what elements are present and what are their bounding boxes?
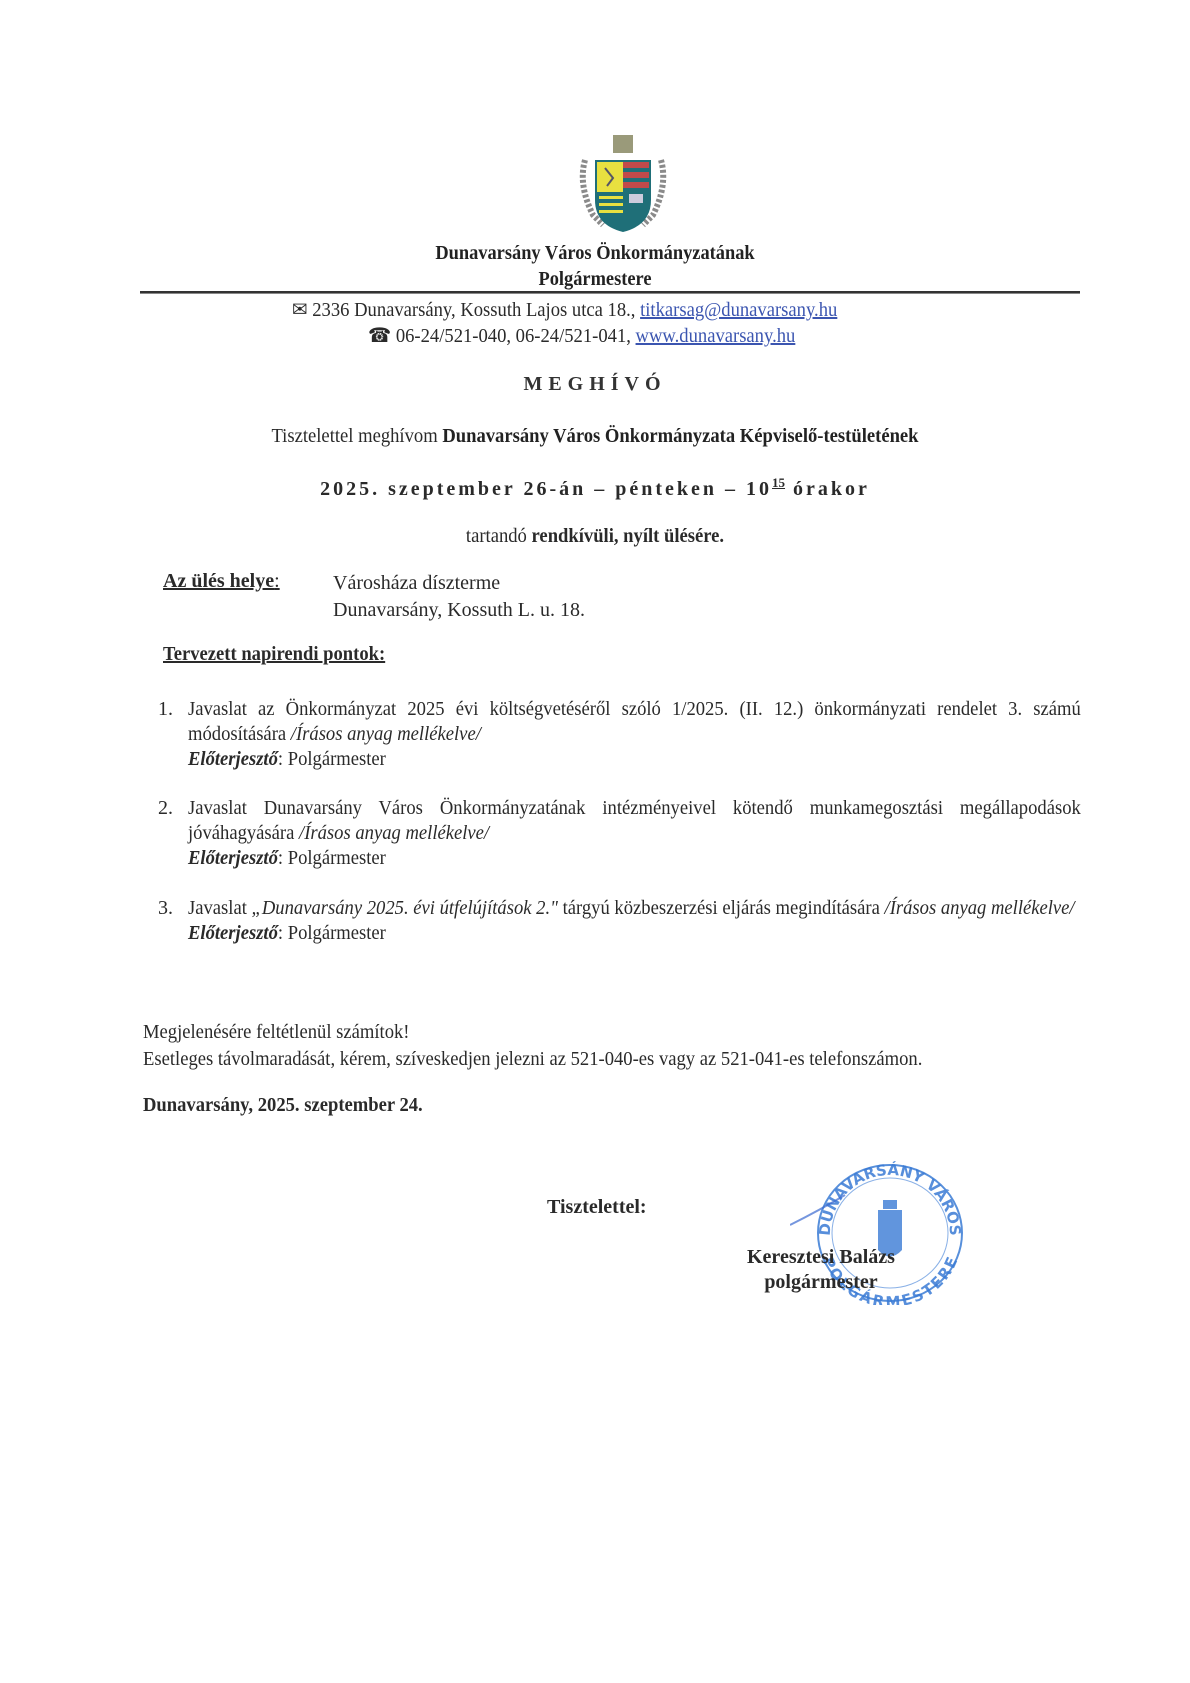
agenda-item-text: Javaslat az Önkormányzat 2025 évi költsé…	[188, 697, 1081, 747]
header-divider	[140, 291, 1080, 294]
invitation-intro: Tisztelettel meghívom Dunavarsány Város …	[42, 425, 1149, 448]
meeting-type-prefix: tartandó	[466, 525, 527, 547]
agenda-item: 1. Javaslat az Önkormányzat 2025 évi köl…	[158, 697, 1058, 772]
phone-line: ☎ 06-24/521-040, 06-24/521-041, www.duna…	[368, 323, 795, 348]
envelope-icon: ✉	[292, 299, 308, 321]
address-line: ✉ 2336 Dunavarsány, Kossuth Lajos utca 1…	[292, 297, 837, 322]
municipal-coat-of-arms-icon	[573, 130, 673, 240]
meeting-time-suffix: órakor	[793, 478, 870, 500]
website-link[interactable]: www.dunavarsany.hu	[636, 325, 796, 347]
document-title: MEGHÍVÓ	[0, 373, 1190, 396]
closing-line-1: Megjelenésére feltétlenül számítok!	[143, 1019, 922, 1046]
phone-numbers: 06-24/521-040, 06-24/521-041,	[396, 325, 631, 347]
organization-name: Dunavarsány Város Önkormányzatának	[48, 242, 1143, 265]
agenda-item-presenter: Előterjesztő: Polgármester	[188, 846, 1081, 871]
signer-role: polgármester	[747, 1270, 895, 1295]
venue-value: Városháza díszterme Dunavarsány, Kossuth…	[333, 570, 585, 624]
agenda-item-text: Javaslat „Dunavarsány 2025. évi útfelújí…	[188, 896, 1081, 921]
organization-role: Polgármestere	[48, 268, 1143, 291]
closing-line-2: Esetleges távolmaradását, kérem, szívesk…	[143, 1046, 922, 1073]
venue-line-1: Városháza díszterme	[333, 570, 585, 597]
email-link[interactable]: titkarsag@dunavarsany.hu	[640, 299, 837, 321]
agenda-item: 3. Javaslat „Dunavarsány 2025. évi útfel…	[158, 896, 1058, 946]
place-and-date: Dunavarsány, 2025. szeptember 24.	[143, 1094, 423, 1117]
venue-label: Az ülés helye:	[163, 570, 280, 593]
signer-block: Keresztesi Balázs polgármester	[747, 1245, 895, 1295]
meeting-date: 2025. szeptember 26-án – pénteken – 10	[320, 478, 772, 500]
meeting-type: tartandó rendkívüli, nyílt ülésére.	[42, 525, 1149, 548]
meeting-type-value: rendkívüli, nyílt ülésére.	[532, 525, 725, 547]
agenda-item-number: 3.	[158, 896, 173, 921]
meeting-datetime: 2025. szeptember 26-án – pénteken – 1015…	[0, 475, 1190, 501]
agenda-title: Tervezett napirendi pontok:	[163, 643, 385, 666]
regards: Tisztelettel:	[547, 1196, 647, 1219]
signer-name: Keresztesi Balázs	[747, 1245, 895, 1270]
agenda-item-text: Javaslat Dunavarsány Város Önkormányzatá…	[188, 796, 1081, 846]
venue-line-2: Dunavarsány, Kossuth L. u. 18.	[333, 597, 585, 624]
address-text: 2336 Dunavarsány, Kossuth Lajos utca 18.…	[312, 299, 635, 321]
closing-text: Megjelenésére feltétlenül számítok! Eset…	[143, 1019, 922, 1073]
body-name: Dunavarsány Város Önkormányzata Képvisel…	[442, 425, 918, 447]
telephone-icon: ☎	[368, 325, 391, 347]
agenda-item-number: 2.	[158, 796, 173, 821]
meeting-time-minutes: 15	[772, 475, 785, 490]
intro-prefix: Tisztelettel meghívom	[271, 425, 437, 447]
agenda-item-number: 1.	[158, 697, 173, 722]
agenda-item-presenter: Előterjesztő: Polgármester	[188, 747, 1081, 772]
agenda-item-presenter: Előterjesztő: Polgármester	[188, 921, 1081, 946]
agenda-item: 2. Javaslat Dunavarsány Város Önkormányz…	[158, 796, 1058, 871]
